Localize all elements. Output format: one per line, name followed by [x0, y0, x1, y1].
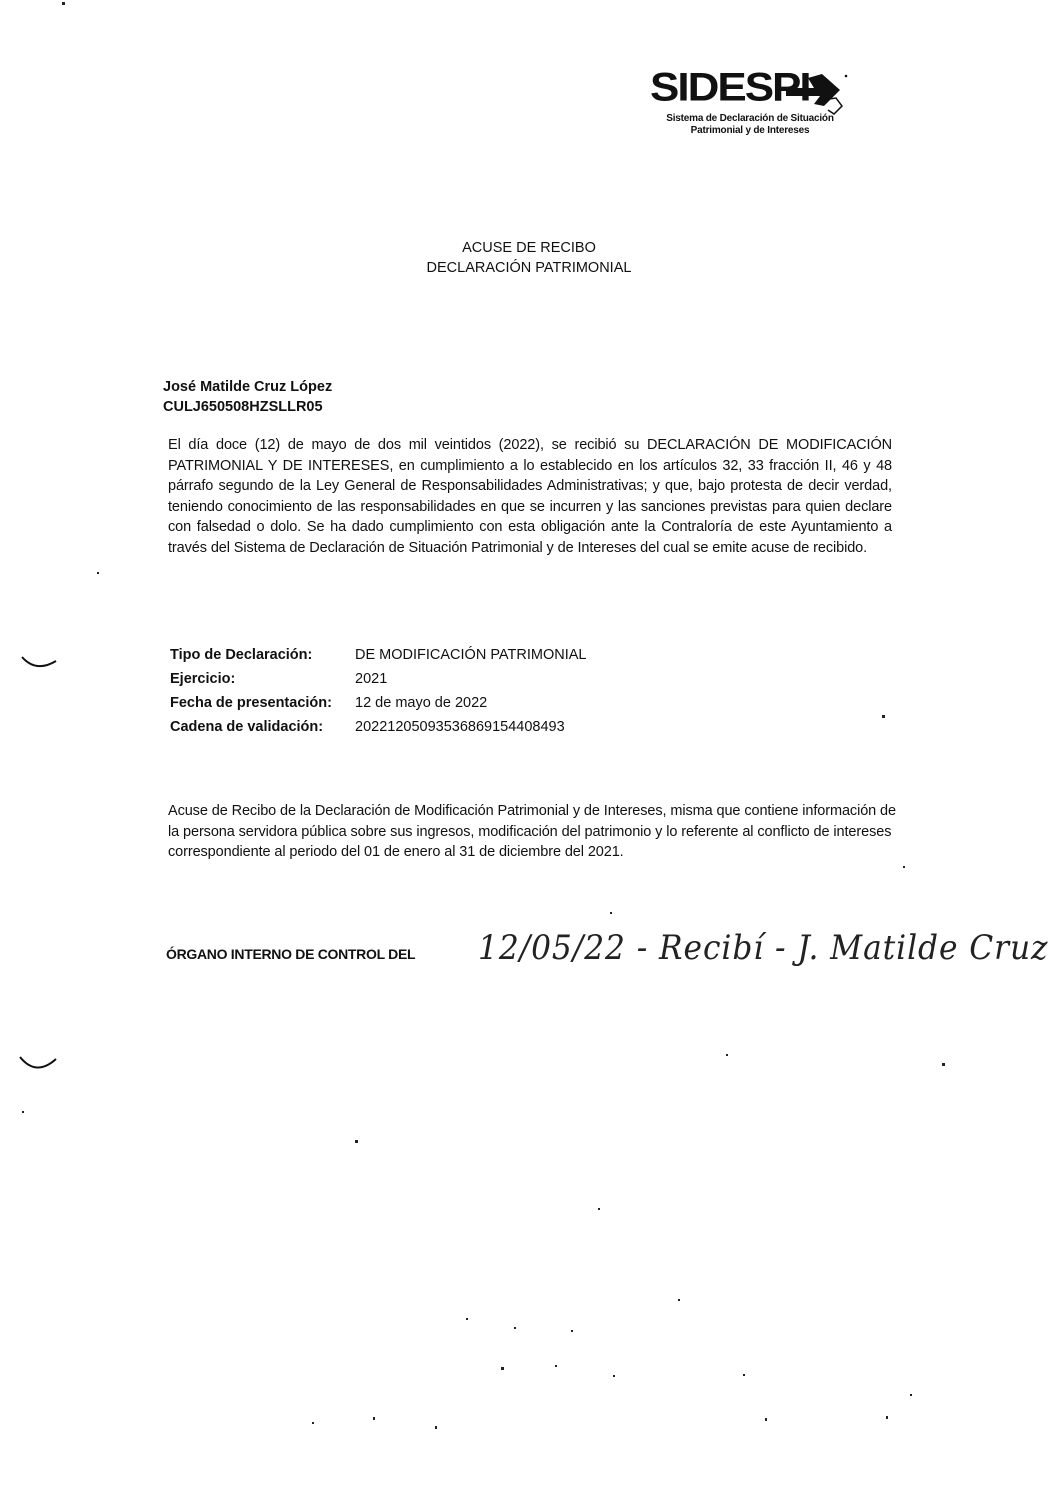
- scan-speck: [435, 1426, 437, 1429]
- scan-speck: [598, 1208, 600, 1210]
- scan-speck: [678, 1299, 680, 1301]
- field-value: 2021: [355, 667, 387, 691]
- field-value: DE MODIFICACIÓN PATRIMONIAL: [355, 643, 586, 667]
- scan-speck: [910, 1394, 912, 1396]
- field-value: 12 de mayo de 2022: [355, 691, 487, 715]
- scan-speck: [312, 1422, 314, 1424]
- scan-speck: [355, 1140, 358, 1143]
- sidespi-logo: SIDESPI Sistema de Declaración de Situac…: [650, 68, 860, 137]
- scan-speck: [942, 1063, 945, 1066]
- scan-speck: [613, 1375, 615, 1377]
- body-paragraph: El día doce (12) de mayo de dos mil vein…: [168, 435, 892, 558]
- declarant-block: José Matilde Cruz López CULJ650508HZSLLR…: [163, 377, 332, 417]
- logo-subtitle-line2: Patrimonial y de Intereses: [650, 125, 850, 137]
- scan-speck: [726, 1054, 728, 1056]
- scan-speck: [882, 715, 885, 718]
- scan-speck: [886, 1416, 888, 1419]
- field-tipo: Tipo de Declaración: DE MODIFICACIÓN PAT…: [170, 643, 586, 667]
- scan-speck: [555, 1365, 557, 1367]
- scan-speck: [22, 1111, 24, 1113]
- scan-speck: [373, 1417, 375, 1420]
- declaration-fields: Tipo de Declaración: DE MODIFICACIÓN PAT…: [170, 643, 586, 739]
- scan-speck: [62, 2, 65, 5]
- scan-mark: [18, 1055, 60, 1077]
- organo-label: ÓRGANO INTERNO DE CONTROL DEL: [166, 946, 415, 962]
- handwritten-note: 12/05/22 - Recibí - J. Matilde Cruz Lópe…: [478, 928, 1058, 968]
- field-value: 20221205093536869154408493: [355, 715, 565, 739]
- scan-speck: [743, 1374, 745, 1376]
- field-label: Ejercicio:: [170, 667, 355, 691]
- scan-speck: [571, 1330, 573, 1332]
- title-line1: ACUSE DE RECIBO: [0, 238, 1058, 258]
- field-ejercicio: Ejercicio: 2021: [170, 667, 586, 691]
- field-cadena: Cadena de validación: 202212050935368691…: [170, 715, 586, 739]
- scan-speck: [610, 912, 612, 914]
- field-label: Cadena de validación:: [170, 715, 355, 739]
- scan-speck: [514, 1327, 516, 1329]
- summary-paragraph: Acuse de Recibo de la Declaración de Mod…: [168, 801, 898, 863]
- field-label: Tipo de Declaración:: [170, 643, 355, 667]
- title-line2: DECLARACIÓN PATRIMONIAL: [0, 258, 1058, 278]
- scan-speck: [903, 866, 905, 868]
- scan-speck: [765, 1418, 767, 1421]
- scan-speck: [501, 1367, 504, 1370]
- scan-speck: [466, 1318, 468, 1320]
- field-fecha: Fecha de presentación: 12 de mayo de 202…: [170, 691, 586, 715]
- scan-speck: [97, 572, 99, 574]
- scan-mark: [20, 655, 60, 675]
- arrow-right-icon: [784, 70, 850, 118]
- field-label: Fecha de presentación:: [170, 691, 355, 715]
- declarant-curp: CULJ650508HZSLLR05: [163, 397, 332, 417]
- declarant-name: José Matilde Cruz López: [163, 377, 332, 397]
- document-title: ACUSE DE RECIBO DECLARACIÓN PATRIMONIAL: [0, 238, 1058, 278]
